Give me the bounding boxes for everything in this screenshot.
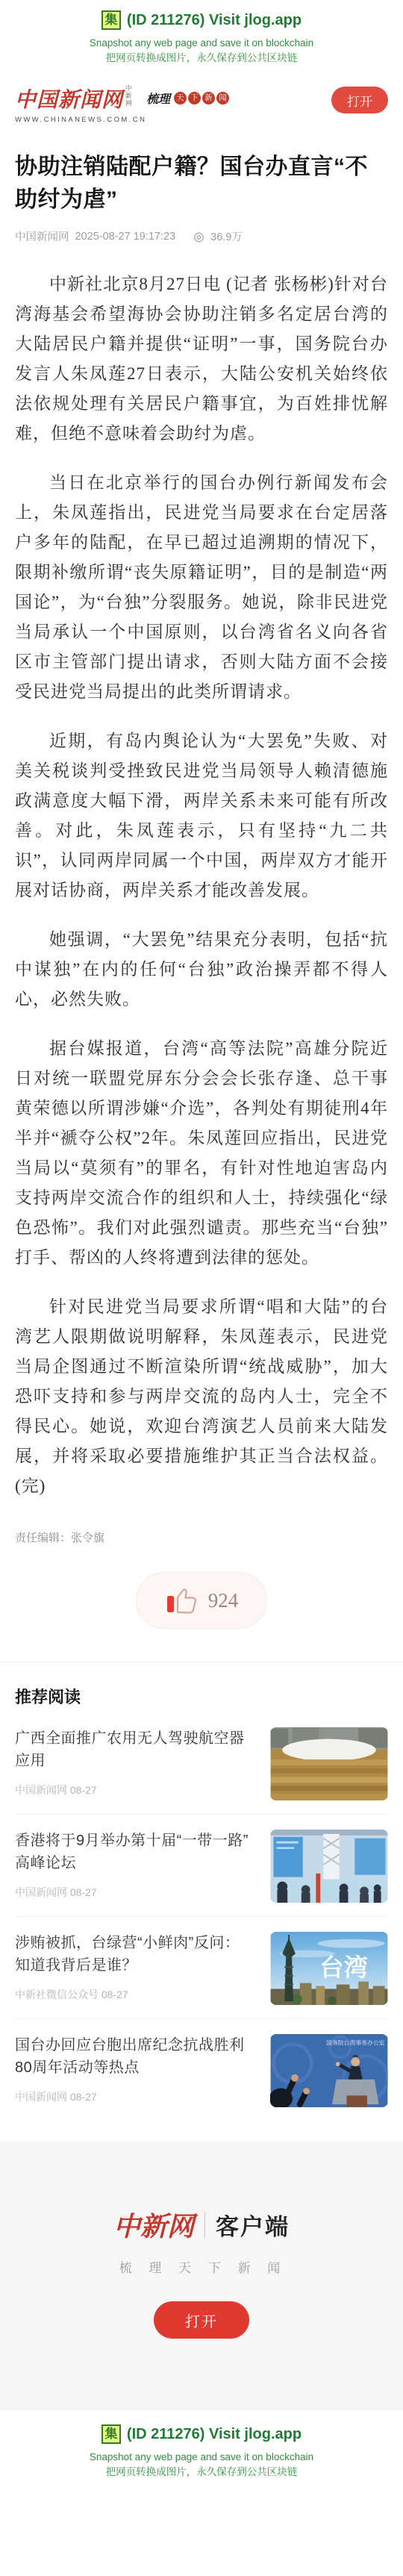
article-container: 协助注销陆配户籍？国台办直言“不助纣为虐” 中国新闻网 2025-08-27 1… (0, 151, 403, 1545)
jlog-app-icon: 集 (101, 2424, 121, 2444)
article-paragraph: 据台媒报道，台湾“高等法院”高雄分院近日对统一联盟党屏东分会会长张存逢、总干事黄… (15, 1034, 388, 1273)
footer-tagline: 梳 理 天 下 新 闻 (3, 2257, 403, 2276)
item-thumbnail-press-conference: 国务院台湾事务办公室 (270, 2034, 388, 2107)
item-thumbnail-taiwan: 台湾 (270, 1932, 388, 2005)
list-item[interactable]: 涉贿被抓，台绿营“小鲜肉”反问：知道我背后是谁？ 中新社微信公众号 08-27 (15, 1917, 388, 2019)
app-footer: 中新网 客户端 梳 理 天 下 新 闻 打开 (0, 2142, 403, 2409)
item-source: 中国新闻网 08-27 (15, 1885, 254, 1900)
article-paragraph: 她强调，“大罢免”结果充分表明，包括“抗中谋独”在内的任何“台独”政治操弄都不得… (15, 925, 388, 1014)
article-meta: 中国新闻网 2025-08-27 19:17:23 36.9万 (15, 228, 388, 244)
banner-title: (ID 211276) Visit jlog.app (127, 12, 302, 29)
site-logo-side-text: 中新网 (125, 85, 134, 107)
site-logo-block[interactable]: 中国新闻网 中新网 梳理 天 下 新 闻 WWW.CHINANEWS.COM.C… (15, 84, 229, 124)
banner-title: (ID 211276) Visit jlog.app (127, 2426, 302, 2443)
views-eye-icon (192, 232, 206, 243)
item-title: 广西全面推广农用无人驾驶航空器应用 (15, 1727, 254, 1772)
tagline-seal: 新 (202, 92, 215, 105)
item-source: 中新社微信公众号 08-27 (15, 1987, 254, 2002)
like-count: 924 (208, 1589, 239, 1612)
list-item[interactable]: 国台办回应台胞出席纪念抗战胜利80周年活动等热点 中国新闻网 08-27 国务院… (15, 2019, 388, 2121)
footer-logo: 中新网 (113, 2206, 194, 2244)
editor-note: 责任编辑：张令旗 (15, 1529, 388, 1545)
item-title: 涉贿被抓，台绿营“小鲜肉”反问：知道我背后是谁？ (15, 1932, 254, 1977)
tagline-seal: 天 (174, 92, 187, 105)
jlog-app-icon: 集 (101, 10, 121, 30)
meta-datetime: 2025-08-27 19:17:23 (75, 231, 176, 243)
press-conference-image: 国务院台湾事务办公室 (270, 2034, 388, 2107)
item-source: 中国新闻网 08-27 (15, 2089, 254, 2104)
like-button[interactable]: 924 (136, 1572, 268, 1629)
tagline-seal: 闻 (216, 92, 229, 105)
banner-top[interactable]: 集 (ID 211276) Visit jlog.app Snapshot an… (0, 0, 403, 75)
banner-bottom[interactable]: 集 (ID 211276) Visit jlog.app Snapshot an… (0, 2409, 403, 2489)
article-paragraph: 中新社北京8月27日电 (记者 张杨彬)针对台湾海基会希望海协会协助注销多名定居… (15, 269, 388, 449)
view-count: 36.9万 (210, 228, 243, 244)
footer-vertical-divider (204, 2212, 205, 2239)
banner-subtitle-zh: 把网页转换成图片，永久保存到公共区块链 (0, 2465, 403, 2480)
thumb-overlay-text: 国务院台湾事务办公室 (326, 2039, 384, 2047)
item-thumbnail-field-dome (270, 1727, 388, 1800)
recommend-section: 推荐阅读 广西全面推广农用无人驾驶航空器应用 中国新闻网 08-27 (0, 1662, 403, 2121)
page: { "banner": { "icon_char": "集", "line1":… (0, 0, 403, 2576)
item-source: 中国新闻网 08-27 (15, 1783, 254, 1797)
article-body: 中新社北京8月27日电 (记者 张杨彬)针对台湾海基会希望海协会协助注销多名定居… (15, 269, 388, 1501)
like-section: 924 (0, 1545, 403, 1662)
thumb-up-icon (165, 1586, 199, 1615)
item-title: 香港将于9月举办第十届“一带一路”高峰论坛 (15, 1830, 254, 1874)
article-paragraph: 针对民进党当局要求所谓“唱和大陆”的台湾艺人限期做说明解释，朱凤莲表示，民进党当… (15, 1292, 388, 1501)
site-logo-text: 中国新闻网 (15, 84, 123, 113)
tagline-seal: 下 (188, 92, 201, 105)
banner-subtitle-zh: 把网页转换成图片，永久保存到公共区块链 (0, 51, 403, 66)
article-paragraph: 近期，有岛内舆论认为“大罢免”失败、对美关税谈判受挫致民进党当局领导人赖清德施政… (15, 726, 388, 905)
item-title: 国台办回应台胞出席纪念抗战胜利80周年活动等热点 (15, 2034, 254, 2079)
thumb-overlay-text: 台湾 (319, 1954, 368, 1981)
banner-subtitle-en: Snapshot any web page and save it on blo… (0, 36, 403, 51)
footer-open-button[interactable]: 打开 (154, 2301, 249, 2339)
open-app-button[interactable]: 打开 (331, 87, 388, 113)
expo-hall-image (270, 1830, 388, 1903)
list-item[interactable]: 香港将于9月举办第十届“一带一路”高峰论坛 中国新闻网 08-27 (15, 1815, 388, 1917)
site-tagline: 梳理 天 下 新 闻 (146, 90, 229, 107)
recommend-heading: 推荐阅读 (15, 1685, 388, 1708)
item-thumbnail-expo (270, 1830, 388, 1903)
site-url: WWW.CHINANEWS.COM.CN (15, 116, 229, 124)
banner-subtitle-en: Snapshot any web page and save it on blo… (0, 2450, 403, 2465)
site-header: 中国新闻网 中新网 梳理 天 下 新 闻 WWW.CHINANEWS.COM.C… (0, 75, 403, 131)
article-paragraph: 当日在北京举行的国台办例行新闻发布会上，朱凤莲指出，民进党当局要求在台定居落户多… (15, 468, 388, 707)
field-dome-image (270, 1727, 388, 1800)
list-item[interactable]: 广西全面推广农用无人驾驶航空器应用 中国新闻网 08-27 (15, 1712, 388, 1815)
taipei-skyline-image: 台湾 (270, 1932, 388, 2005)
meta-source: 中国新闻网 (15, 228, 69, 244)
tagline-calligraphy: 梳理 (146, 90, 170, 107)
footer-app-label: 客户端 (216, 2208, 290, 2242)
article-title: 协助注销陆配户籍？国台办直言“不助纣为虐” (15, 151, 388, 216)
